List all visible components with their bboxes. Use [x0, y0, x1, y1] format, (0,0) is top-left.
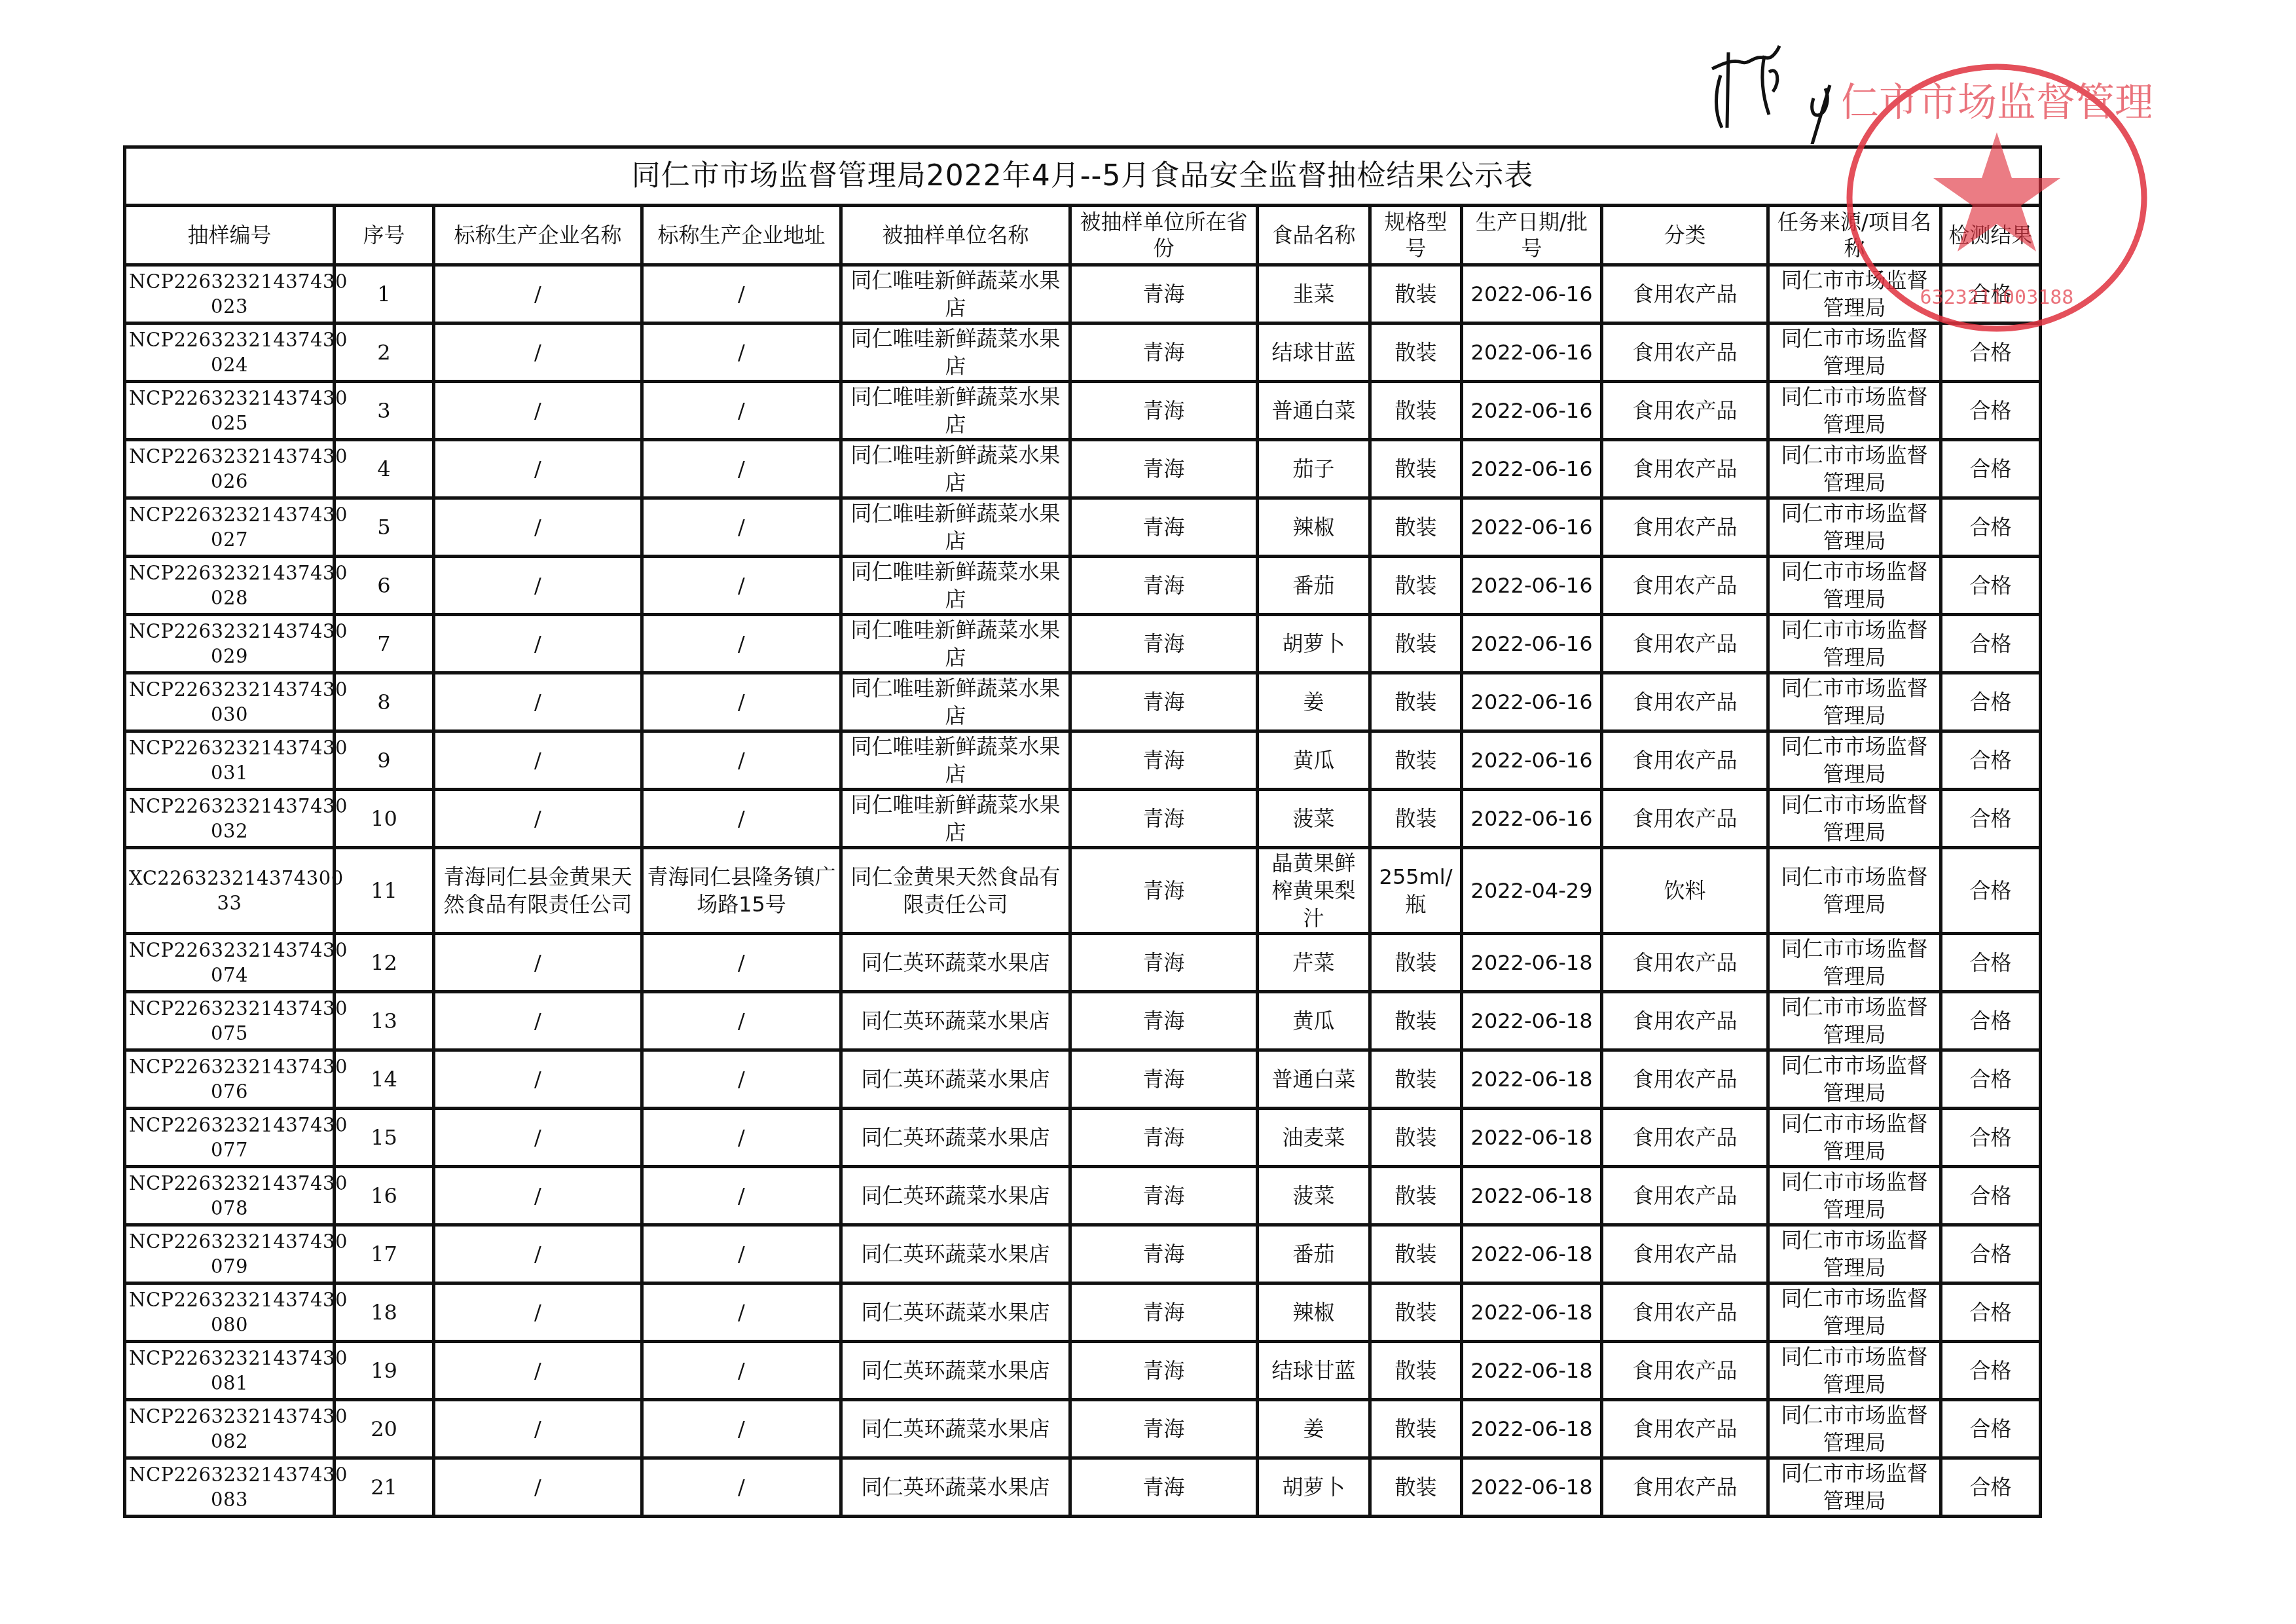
table-row: NCP226323214374300264//同仁唯哇新鲜蔬菜水果店青海茄子散装…	[125, 440, 2041, 498]
table-row: NCP226323214374300297//同仁唯哇新鲜蔬菜水果店青海胡萝卜散…	[125, 615, 2041, 673]
category-cell: 食用农产品	[1602, 1342, 1768, 1400]
test-result-cell: 合格	[1941, 1050, 2041, 1109]
table-row: NCP226323214374300242//同仁唯哇新鲜蔬菜水果店青海结球甘蓝…	[125, 323, 2041, 382]
sampled-unit-cell: 同仁唯哇新鲜蔬菜水果店	[841, 731, 1070, 790]
food-name-cell: 番茄	[1258, 1225, 1370, 1283]
serial-number-cell: 3	[335, 382, 434, 440]
province-cell: 青海	[1070, 1225, 1258, 1283]
serial-number-cell: 10	[335, 790, 434, 848]
table-row: NCP2263232143743007917//同仁英环蔬菜水果店青海番茄散装2…	[125, 1225, 2041, 1283]
food-name-cell: 韭菜	[1258, 265, 1370, 323]
spec-cell: 散装	[1370, 1283, 1462, 1342]
task-source-cell: 同仁市市场监督管理局	[1768, 1283, 1941, 1342]
manufacturer-address-cell: /	[642, 1283, 841, 1342]
sampled-unit-cell: 同仁唯哇新鲜蔬菜水果店	[841, 323, 1070, 382]
manufacturer-name-cell: /	[434, 1342, 642, 1400]
sample-code-cell: XC22632321437430033	[125, 848, 335, 934]
serial-number-cell: 21	[335, 1458, 434, 1517]
test-result-cell: 合格	[1941, 323, 2041, 382]
food-name-cell: 姜	[1258, 673, 1370, 731]
column-header: 被抽样单位所在省份	[1070, 206, 1258, 265]
task-source-cell: 同仁市市场监督管理局	[1768, 1167, 1941, 1225]
production-date-cell: 2022-06-18	[1462, 1342, 1602, 1400]
manufacturer-address-cell: /	[642, 1458, 841, 1517]
sampled-unit-cell: 同仁英环蔬菜水果店	[841, 1167, 1070, 1225]
province-cell: 青海	[1070, 382, 1258, 440]
test-result-cell: 合格	[1941, 731, 2041, 790]
serial-number-cell: 15	[335, 1109, 434, 1167]
sampled-unit-cell: 同仁英环蔬菜水果店	[841, 1283, 1070, 1342]
production-date-cell: 2022-06-16	[1462, 382, 1602, 440]
manufacturer-name-cell: /	[434, 382, 642, 440]
production-date-cell: 2022-04-29	[1462, 848, 1602, 934]
province-cell: 青海	[1070, 1109, 1258, 1167]
sampled-unit-cell: 同仁唯哇新鲜蔬菜水果店	[841, 382, 1070, 440]
manufacturer-address-cell: /	[642, 382, 841, 440]
test-result-cell: 合格	[1941, 848, 2041, 934]
manufacturer-address-cell: /	[642, 265, 841, 323]
production-date-cell: 2022-06-18	[1462, 992, 1602, 1050]
food-name-cell: 辣椒	[1258, 498, 1370, 557]
test-result-cell: 合格	[1941, 265, 2041, 323]
test-result-cell: 合格	[1941, 557, 2041, 615]
production-date-cell: 2022-06-18	[1462, 1109, 1602, 1167]
sample-code-cell: NCP22632321437430076	[125, 1050, 335, 1109]
category-cell: 食用农产品	[1602, 1283, 1768, 1342]
manufacturer-name-cell: /	[434, 790, 642, 848]
manufacturer-name-cell: /	[434, 265, 642, 323]
category-cell: 食用农产品	[1602, 265, 1768, 323]
manufacturer-address-cell: /	[642, 992, 841, 1050]
sampled-unit-cell: 同仁唯哇新鲜蔬菜水果店	[841, 790, 1070, 848]
province-cell: 青海	[1070, 323, 1258, 382]
sample-code-cell: NCP22632321437430025	[125, 382, 335, 440]
food-name-cell: 菠菜	[1258, 1167, 1370, 1225]
serial-number-cell: 9	[335, 731, 434, 790]
table-row: NCP226323214374300253//同仁唯哇新鲜蔬菜水果店青海普通白菜…	[125, 382, 2041, 440]
sample-code-cell: NCP22632321437430077	[125, 1109, 335, 1167]
sampled-unit-cell: 同仁唯哇新鲜蔬菜水果店	[841, 615, 1070, 673]
province-cell: 青海	[1070, 615, 1258, 673]
category-cell: 食用农产品	[1602, 673, 1768, 731]
spec-cell: 散装	[1370, 1167, 1462, 1225]
spec-cell: 散装	[1370, 323, 1462, 382]
sample-code-cell: NCP22632321437430081	[125, 1342, 335, 1400]
task-source-cell: 同仁市市场监督管理局	[1768, 673, 1941, 731]
province-cell: 青海	[1070, 673, 1258, 731]
manufacturer-name-cell: /	[434, 992, 642, 1050]
food-name-cell: 辣椒	[1258, 1283, 1370, 1342]
task-source-cell: 同仁市市场监督管理局	[1768, 992, 1941, 1050]
manufacturer-name-cell: /	[434, 1458, 642, 1517]
spec-cell: 散装	[1370, 440, 1462, 498]
sampled-unit-cell: 同仁英环蔬菜水果店	[841, 1342, 1070, 1400]
manufacturer-name-cell: /	[434, 498, 642, 557]
task-source-cell: 同仁市市场监督管理局	[1768, 790, 1941, 848]
category-cell: 食用农产品	[1602, 615, 1768, 673]
serial-number-cell: 2	[335, 323, 434, 382]
test-result-cell: 合格	[1941, 1109, 2041, 1167]
category-cell: 食用农产品	[1602, 1050, 1768, 1109]
sample-code-cell: NCP22632321437430028	[125, 557, 335, 615]
production-date-cell: 2022-06-18	[1462, 1400, 1602, 1458]
production-date-cell: 2022-06-18	[1462, 1050, 1602, 1109]
production-date-cell: 2022-06-16	[1462, 440, 1602, 498]
spec-cell: 散装	[1370, 1342, 1462, 1400]
food-name-cell: 胡萝卜	[1258, 615, 1370, 673]
manufacturer-address-cell: /	[642, 557, 841, 615]
production-date-cell: 2022-06-16	[1462, 673, 1602, 731]
category-cell: 食用农产品	[1602, 440, 1768, 498]
table-row: NCP2263232143743007412//同仁英环蔬菜水果店青海芹菜散装2…	[125, 934, 2041, 992]
task-source-cell: 同仁市市场监督管理局	[1768, 848, 1941, 934]
test-result-cell: 合格	[1941, 992, 2041, 1050]
manufacturer-name-cell: /	[434, 1050, 642, 1109]
table-header-row: 抽样编号序号标称生产企业名称标称生产企业地址被抽样单位名称被抽样单位所在省份食品…	[125, 206, 2041, 265]
manufacturer-address-cell: /	[642, 1167, 841, 1225]
sampled-unit-cell: 同仁唯哇新鲜蔬菜水果店	[841, 673, 1070, 731]
sample-code-cell: NCP22632321437430079	[125, 1225, 335, 1283]
sample-code-cell: NCP22632321437430075	[125, 992, 335, 1050]
column-header: 检测结果	[1941, 206, 2041, 265]
production-date-cell: 2022-06-18	[1462, 1283, 1602, 1342]
food-name-cell: 晶黄果鲜榨黄果梨汁	[1258, 848, 1370, 934]
test-result-cell: 合格	[1941, 1458, 2041, 1517]
sample-code-cell: NCP22632321437430023	[125, 265, 335, 323]
sample-code-cell: NCP22632321437430032	[125, 790, 335, 848]
serial-number-cell: 16	[335, 1167, 434, 1225]
serial-number-cell: 1	[335, 265, 434, 323]
category-cell: 食用农产品	[1602, 382, 1768, 440]
task-source-cell: 同仁市市场监督管理局	[1768, 1109, 1941, 1167]
manufacturer-address-cell: /	[642, 1400, 841, 1458]
manufacturer-address-cell: /	[642, 323, 841, 382]
spec-cell: 散装	[1370, 1225, 1462, 1283]
spec-cell: 散装	[1370, 1050, 1462, 1109]
production-date-cell: 2022-06-16	[1462, 731, 1602, 790]
table-row: NCP226323214374300308//同仁唯哇新鲜蔬菜水果店青海姜散装2…	[125, 673, 2041, 731]
food-name-cell: 胡萝卜	[1258, 1458, 1370, 1517]
category-cell: 食用农产品	[1602, 731, 1768, 790]
food-name-cell: 黄瓜	[1258, 731, 1370, 790]
sampled-unit-cell: 同仁唯哇新鲜蔬菜水果店	[841, 557, 1070, 615]
task-source-cell: 同仁市市场监督管理局	[1768, 557, 1941, 615]
manufacturer-address-cell: /	[642, 1050, 841, 1109]
serial-number-cell: 8	[335, 673, 434, 731]
test-result-cell: 合格	[1941, 790, 2041, 848]
test-result-cell: 合格	[1941, 615, 2041, 673]
category-cell: 食用农产品	[1602, 1109, 1768, 1167]
column-header: 生产日期/批号	[1462, 206, 1602, 265]
sample-code-cell: NCP22632321437430026	[125, 440, 335, 498]
category-cell: 食用农产品	[1602, 992, 1768, 1050]
serial-number-cell: 20	[335, 1400, 434, 1458]
province-cell: 青海	[1070, 1400, 1258, 1458]
column-header: 标称生产企业名称	[434, 206, 642, 265]
spec-cell: 255ml/瓶	[1370, 848, 1462, 934]
task-source-cell: 同仁市市场监督管理局	[1768, 382, 1941, 440]
sample-code-cell: NCP22632321437430027	[125, 498, 335, 557]
test-result-cell: 合格	[1941, 1400, 2041, 1458]
food-name-cell: 菠菜	[1258, 790, 1370, 848]
spec-cell: 散装	[1370, 731, 1462, 790]
food-name-cell: 油麦菜	[1258, 1109, 1370, 1167]
table-row: NCP2263232143743003210//同仁唯哇新鲜蔬菜水果店青海菠菜散…	[125, 790, 2041, 848]
test-result-cell: 合格	[1941, 382, 2041, 440]
manufacturer-address-cell: /	[642, 440, 841, 498]
task-source-cell: 同仁市市场监督管理局	[1768, 1458, 1941, 1517]
sampled-unit-cell: 同仁英环蔬菜水果店	[841, 1109, 1070, 1167]
manufacturer-address-cell: /	[642, 673, 841, 731]
province-cell: 青海	[1070, 557, 1258, 615]
province-cell: 青海	[1070, 498, 1258, 557]
spec-cell: 散装	[1370, 934, 1462, 992]
spec-cell: 散装	[1370, 673, 1462, 731]
category-cell: 食用农产品	[1602, 934, 1768, 992]
test-result-cell: 合格	[1941, 498, 2041, 557]
category-cell: 饮料	[1602, 848, 1768, 934]
province-cell: 青海	[1070, 1050, 1258, 1109]
serial-number-cell: 14	[335, 1050, 434, 1109]
table-body: NCP226323214374300231//同仁唯哇新鲜蔬菜水果店青海韭菜散装…	[125, 265, 2041, 1517]
manufacturer-name-cell: /	[434, 615, 642, 673]
sample-code-cell: NCP22632321437430024	[125, 323, 335, 382]
category-cell: 食用农产品	[1602, 790, 1768, 848]
spec-cell: 散装	[1370, 498, 1462, 557]
spec-cell: 散装	[1370, 557, 1462, 615]
table-row: NCP226323214374300275//同仁唯哇新鲜蔬菜水果店青海辣椒散装…	[125, 498, 2041, 557]
province-cell: 青海	[1070, 992, 1258, 1050]
spec-cell: 散装	[1370, 790, 1462, 848]
sample-code-cell: NCP22632321437430030	[125, 673, 335, 731]
column-header: 规格型号	[1370, 206, 1462, 265]
manufacturer-name-cell: /	[434, 1225, 642, 1283]
column-header: 任务来源/项目名称	[1768, 206, 1941, 265]
province-cell: 青海	[1070, 790, 1258, 848]
province-cell: 青海	[1070, 1458, 1258, 1517]
column-header: 标称生产企业地址	[642, 206, 841, 265]
column-header: 被抽样单位名称	[841, 206, 1070, 265]
manufacturer-name-cell: /	[434, 673, 642, 731]
handwritten-signature	[1696, 20, 1912, 144]
sampled-unit-cell: 同仁英环蔬菜水果店	[841, 934, 1070, 992]
manufacturer-name-cell: /	[434, 1167, 642, 1225]
category-cell: 食用农产品	[1602, 1458, 1768, 1517]
table-row: NCP226323214374300286//同仁唯哇新鲜蔬菜水果店青海番茄散装…	[125, 557, 2041, 615]
food-name-cell: 茄子	[1258, 440, 1370, 498]
test-result-cell: 合格	[1941, 1167, 2041, 1225]
food-name-cell: 结球甘蓝	[1258, 1342, 1370, 1400]
task-source-cell: 同仁市市场监督管理局	[1768, 1400, 1941, 1458]
table-row: NCP2263232143743007816//同仁英环蔬菜水果店青海菠菜散装2…	[125, 1167, 2041, 1225]
food-name-cell: 芹菜	[1258, 934, 1370, 992]
spec-cell: 散装	[1370, 992, 1462, 1050]
province-cell: 青海	[1070, 848, 1258, 934]
province-cell: 青海	[1070, 1167, 1258, 1225]
table-row: XC2263232143743003311青海同仁县金黄果天然食品有限责任公司青…	[125, 848, 2041, 934]
sampled-unit-cell: 同仁英环蔬菜水果店	[841, 1458, 1070, 1517]
manufacturer-name-cell: /	[434, 557, 642, 615]
test-result-cell: 合格	[1941, 1342, 2041, 1400]
province-cell: 青海	[1070, 440, 1258, 498]
table-row: NCP2263232143743007513//同仁英环蔬菜水果店青海黄瓜散装2…	[125, 992, 2041, 1050]
serial-number-cell: 6	[335, 557, 434, 615]
category-cell: 食用农产品	[1602, 498, 1768, 557]
table-row: NCP2263232143743007715//同仁英环蔬菜水果店青海油麦菜散装…	[125, 1109, 2041, 1167]
task-source-cell: 同仁市市场监督管理局	[1768, 731, 1941, 790]
province-cell: 青海	[1070, 1283, 1258, 1342]
column-header: 序号	[335, 206, 434, 265]
sample-code-cell: NCP22632321437430031	[125, 731, 335, 790]
sampled-unit-cell: 同仁英环蔬菜水果店	[841, 1400, 1070, 1458]
manufacturer-address-cell: 青海同仁县隆务镇广场路15号	[642, 848, 841, 934]
sampled-unit-cell: 同仁唯哇新鲜蔬菜水果店	[841, 265, 1070, 323]
food-name-cell: 番茄	[1258, 557, 1370, 615]
task-source-cell: 同仁市市场监督管理局	[1768, 615, 1941, 673]
sample-code-cell: NCP22632321437430080	[125, 1283, 335, 1342]
table-row: NCP2263232143743008018//同仁英环蔬菜水果店青海辣椒散装2…	[125, 1283, 2041, 1342]
manufacturer-name-cell: /	[434, 323, 642, 382]
sample-code-cell: NCP22632321437430083	[125, 1458, 335, 1517]
sample-code-cell: NCP22632321437430074	[125, 934, 335, 992]
spec-cell: 散装	[1370, 1458, 1462, 1517]
test-result-cell: 合格	[1941, 673, 2041, 731]
manufacturer-name-cell: /	[434, 1283, 642, 1342]
category-cell: 食用农产品	[1602, 323, 1768, 382]
task-source-cell: 同仁市市场监督管理局	[1768, 323, 1941, 382]
serial-number-cell: 13	[335, 992, 434, 1050]
province-cell: 青海	[1070, 265, 1258, 323]
page-title: 同仁市市场监督管理局2022年4月--5月食品安全监督抽检结果公示表	[125, 147, 2041, 206]
table-row: NCP2263232143743008220//同仁英环蔬菜水果店青海姜散装20…	[125, 1400, 2041, 1458]
sample-code-cell: NCP22632321437430029	[125, 615, 335, 673]
manufacturer-address-cell: /	[642, 934, 841, 992]
manufacturer-address-cell: /	[642, 731, 841, 790]
test-result-cell: 合格	[1941, 934, 2041, 992]
food-name-cell: 普通白菜	[1258, 382, 1370, 440]
food-name-cell: 结球甘蓝	[1258, 323, 1370, 382]
sampled-unit-cell: 同仁英环蔬菜水果店	[841, 1225, 1070, 1283]
task-source-cell: 同仁市市场监督管理局	[1768, 934, 1941, 992]
table-row: NCP2263232143743008321//同仁英环蔬菜水果店青海胡萝卜散装…	[125, 1458, 2041, 1517]
sampled-unit-cell: 同仁英环蔬菜水果店	[841, 1050, 1070, 1109]
manufacturer-address-cell: /	[642, 615, 841, 673]
production-date-cell: 2022-06-18	[1462, 1458, 1602, 1517]
manufacturer-address-cell: /	[642, 790, 841, 848]
spec-cell: 散装	[1370, 615, 1462, 673]
production-date-cell: 2022-06-16	[1462, 498, 1602, 557]
table-row: NCP226323214374300319//同仁唯哇新鲜蔬菜水果店青海黄瓜散装…	[125, 731, 2041, 790]
task-source-cell: 同仁市市场监督管理局	[1768, 1225, 1941, 1283]
svg-text:同仁市市场监督管理局: 同仁市市场监督管理局	[1843, 80, 2151, 126]
manufacturer-name-cell: /	[434, 1109, 642, 1167]
food-name-cell: 普通白菜	[1258, 1050, 1370, 1109]
production-date-cell: 2022-06-16	[1462, 790, 1602, 848]
production-date-cell: 2022-06-18	[1462, 1167, 1602, 1225]
manufacturer-address-cell: /	[642, 1342, 841, 1400]
production-date-cell: 2022-06-16	[1462, 265, 1602, 323]
spec-cell: 散装	[1370, 382, 1462, 440]
production-date-cell: 2022-06-16	[1462, 615, 1602, 673]
task-source-cell: 同仁市市场监督管理局	[1768, 1050, 1941, 1109]
test-result-cell: 合格	[1941, 1283, 2041, 1342]
column-header: 抽样编号	[125, 206, 335, 265]
test-result-cell: 合格	[1941, 1225, 2041, 1283]
task-source-cell: 同仁市市场监督管理局	[1768, 265, 1941, 323]
inspection-results-table: 同仁市市场监督管理局2022年4月--5月食品安全监督抽检结果公示表 抽样编号序…	[123, 145, 2042, 1518]
food-name-cell: 姜	[1258, 1400, 1370, 1458]
manufacturer-name-cell: 青海同仁县金黄果天然食品有限责任公司	[434, 848, 642, 934]
table-row: NCP2263232143743008119//同仁英环蔬菜水果店青海结球甘蓝散…	[125, 1342, 2041, 1400]
sampled-unit-cell: 同仁唯哇新鲜蔬菜水果店	[841, 498, 1070, 557]
serial-number-cell: 17	[335, 1225, 434, 1283]
production-date-cell: 2022-06-18	[1462, 1225, 1602, 1283]
results-table-container: 同仁市市场监督管理局2022年4月--5月食品安全监督抽检结果公示表 抽样编号序…	[123, 145, 2039, 1518]
serial-number-cell: 12	[335, 934, 434, 992]
province-cell: 青海	[1070, 934, 1258, 992]
task-source-cell: 同仁市市场监督管理局	[1768, 498, 1941, 557]
manufacturer-name-cell: /	[434, 731, 642, 790]
task-source-cell: 同仁市市场监督管理局	[1768, 440, 1941, 498]
manufacturer-address-cell: /	[642, 1109, 841, 1167]
sample-code-cell: NCP22632321437430082	[125, 1400, 335, 1458]
production-date-cell: 2022-06-16	[1462, 557, 1602, 615]
province-cell: 青海	[1070, 1342, 1258, 1400]
column-header: 分类	[1602, 206, 1768, 265]
sampled-unit-cell: 同仁唯哇新鲜蔬菜水果店	[841, 440, 1070, 498]
serial-number-cell: 11	[335, 848, 434, 934]
spec-cell: 散装	[1370, 1400, 1462, 1458]
column-header: 食品名称	[1258, 206, 1370, 265]
serial-number-cell: 5	[335, 498, 434, 557]
category-cell: 食用农产品	[1602, 557, 1768, 615]
serial-number-cell: 4	[335, 440, 434, 498]
table-row: NCP226323214374300231//同仁唯哇新鲜蔬菜水果店青海韭菜散装…	[125, 265, 2041, 323]
serial-number-cell: 19	[335, 1342, 434, 1400]
test-result-cell: 合格	[1941, 440, 2041, 498]
manufacturer-address-cell: /	[642, 1225, 841, 1283]
spec-cell: 散装	[1370, 265, 1462, 323]
spec-cell: 散装	[1370, 1109, 1462, 1167]
province-cell: 青海	[1070, 731, 1258, 790]
manufacturer-name-cell: /	[434, 440, 642, 498]
category-cell: 食用农产品	[1602, 1400, 1768, 1458]
serial-number-cell: 7	[335, 615, 434, 673]
manufacturer-name-cell: /	[434, 934, 642, 992]
sampled-unit-cell: 同仁金黄果天然食品有限责任公司	[841, 848, 1070, 934]
food-name-cell: 黄瓜	[1258, 992, 1370, 1050]
production-date-cell: 2022-06-16	[1462, 323, 1602, 382]
sample-code-cell: NCP22632321437430078	[125, 1167, 335, 1225]
manufacturer-address-cell: /	[642, 498, 841, 557]
manufacturer-name-cell: /	[434, 1400, 642, 1458]
category-cell: 食用农产品	[1602, 1167, 1768, 1225]
production-date-cell: 2022-06-18	[1462, 934, 1602, 992]
sampled-unit-cell: 同仁英环蔬菜水果店	[841, 992, 1070, 1050]
table-row: NCP2263232143743007614//同仁英环蔬菜水果店青海普通白菜散…	[125, 1050, 2041, 1109]
category-cell: 食用农产品	[1602, 1225, 1768, 1283]
task-source-cell: 同仁市市场监督管理局	[1768, 1342, 1941, 1400]
serial-number-cell: 18	[335, 1283, 434, 1342]
